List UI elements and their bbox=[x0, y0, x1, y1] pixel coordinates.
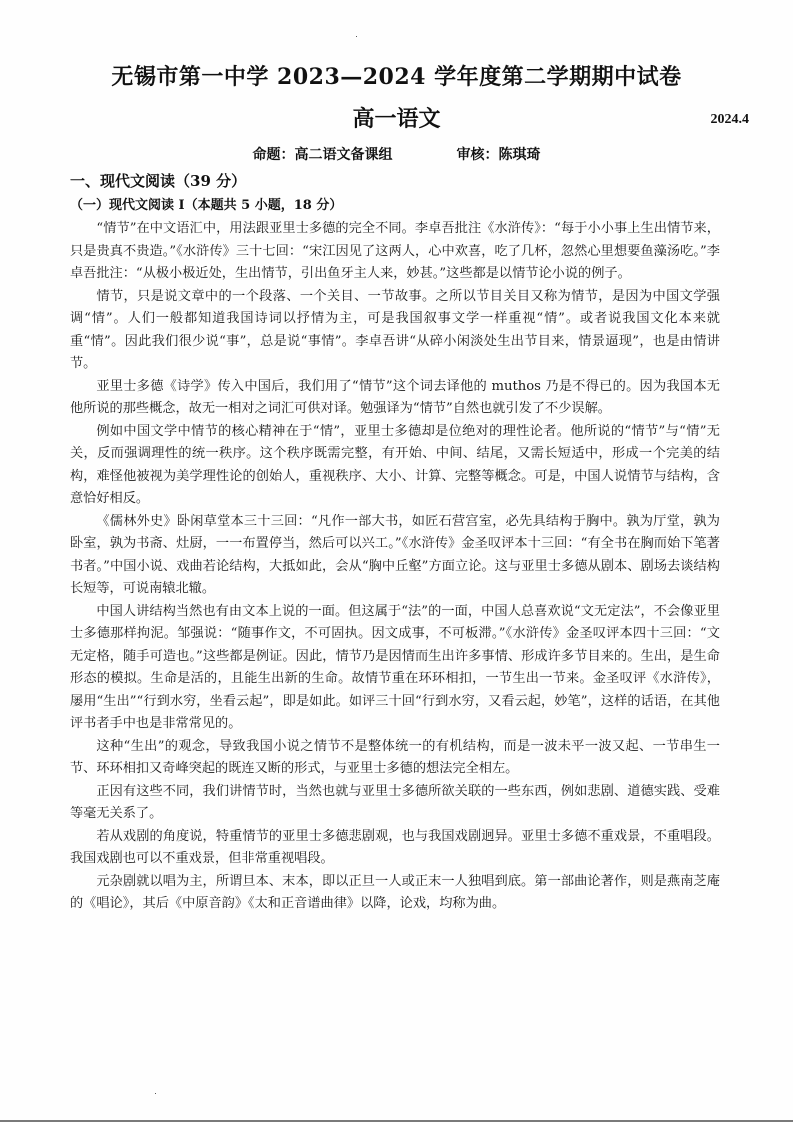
scan-speck bbox=[155, 1093, 156, 1094]
passage-paragraph: 《儒林外史》卧闲草堂本三十三回：“凡作一部大书，如匠石营宫室，必先具结构于胸中。… bbox=[70, 511, 720, 601]
exam-title: 无锡市第一中学 2023—2024 学年度第二学期期中试卷 bbox=[0, 62, 793, 92]
passage-paragraph: 正因有这些不同，我们讲情节时，当然也就与亚里士多德所欲关联的一些东西，例如悲剧、… bbox=[70, 781, 720, 826]
subsection-heading: （一）现代文阅读 I（本题共 5 小题，18 分） bbox=[70, 196, 342, 216]
scan-speck bbox=[356, 36, 357, 37]
exam-date: 2024.4 bbox=[711, 110, 750, 130]
reviewer-label: 审核：陈琪琦 bbox=[457, 147, 541, 163]
exam-page: 无锡市第一中学 2023—2024 学年度第二学期期中试卷 高一语文 2024.… bbox=[0, 0, 793, 1122]
author-label: 命题：高二语文备课组 bbox=[253, 147, 393, 163]
passage-paragraph: 这种“生出”的观念，导致我国小说之情节不是整体统一的有机结构，而是一波未平一波又… bbox=[70, 736, 720, 781]
passage-paragraph: 亚里士多德《诗学》传入中国后，我们用了“情节”这个词去译他的 muthos 乃是… bbox=[70, 376, 720, 421]
exam-credits: 命题：高二语文备课组审核：陈琪琦 bbox=[0, 145, 793, 165]
passage-paragraph: 情节，只是说文章中的一个段落、一个关目、一节故事。之所以节目关目又称为情节，是因… bbox=[70, 286, 720, 376]
passage-paragraph: 中国人讲结构当然也有由文本上说的一面。但这属于“法”的一面，中国人总喜欢说“文无… bbox=[70, 601, 720, 736]
passage-paragraph: 例如中国文学中情节的核心精神在于“情”，亚里士多德却是位绝对的理性论者。他所说的… bbox=[70, 421, 720, 511]
passage-paragraph: 元杂剧就以唱为主，所谓旦本、末本，即以正旦一人或正末一人独唱到底。第一部曲论著作… bbox=[70, 871, 720, 916]
subject-title: 高一语文 bbox=[0, 104, 793, 134]
passage-paragraph: “情节”在中文语汇中，用法跟亚里士多德的完全不同。李卓吾批注《水浒传》：“每于小… bbox=[70, 218, 720, 286]
reading-passage: “情节”在中文语汇中，用法跟亚里士多德的完全不同。李卓吾批注《水浒传》：“每于小… bbox=[70, 218, 720, 916]
section-heading: 一、现代文阅读（39 分） bbox=[70, 170, 246, 192]
passage-paragraph: 若从戏剧的角度说，特重情节的亚里士多德悲剧观，也与我国戏剧迥异。亚里士多德不重戏… bbox=[70, 826, 720, 871]
